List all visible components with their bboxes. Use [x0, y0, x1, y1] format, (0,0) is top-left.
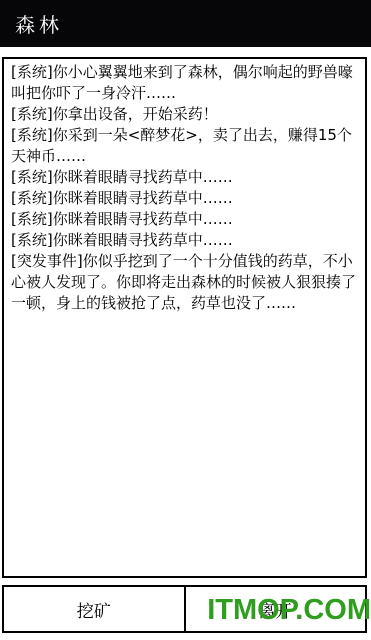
- game-screen: 森林 [系统]你小心翼翼地来到了森林，偶尔响起的野兽嚎叫把你吓了一身冷汗……[系…: [0, 0, 371, 640]
- mine-button[interactable]: 挖矿: [4, 587, 184, 631]
- log-message: [系统]你拿出设备，开始采药！: [11, 104, 358, 125]
- log-message: [突发事件]你似乎挖到了一个十分值钱的药草，不小心被人发现了。你即将走出森林的时…: [11, 251, 358, 314]
- log-message: [系统]你眯着眼睛寻找药草中……: [11, 188, 358, 209]
- action-bar: 挖矿 离开: [2, 585, 367, 633]
- log-message: [系统]你采到一朵<醉梦花>，卖了出去，赚得15个天神币……: [11, 125, 358, 167]
- message-log[interactable]: [系统]你小心翼翼地来到了森林，偶尔响起的野兽嚎叫把你吓了一身冷汗……[系统]你…: [2, 57, 367, 578]
- page-title: 森林: [15, 9, 63, 38]
- log-message: [系统]你眯着眼睛寻找药草中……: [11, 230, 358, 251]
- title-bar: 森林: [0, 0, 371, 47]
- log-message: [系统]你眯着眼睛寻找药草中……: [11, 209, 358, 230]
- leave-button[interactable]: 离开: [184, 587, 366, 631]
- log-message: [系统]你眯着眼睛寻找药草中……: [11, 167, 358, 188]
- log-message: [系统]你小心翼翼地来到了森林，偶尔响起的野兽嚎叫把你吓了一身冷汗……: [11, 62, 358, 104]
